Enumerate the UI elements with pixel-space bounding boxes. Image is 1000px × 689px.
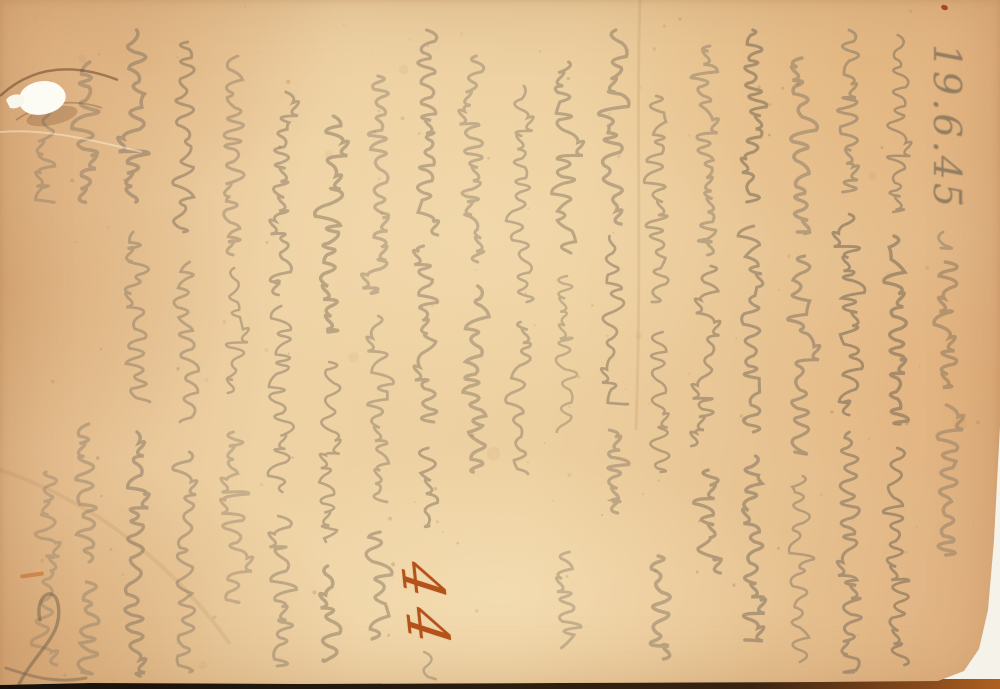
fold-crease-bottom-left [0,470,230,644]
fold-crease-vertical [636,0,640,430]
paper-damage-layer [0,0,1000,689]
date-inscription: 19.6.45 [925,32,969,222]
scanned-postcard-document: 19.6.45 44 [0,0,1000,689]
highlight-crease [0,131,142,152]
postcard-paper: 19.6.45 44 [0,0,1000,689]
